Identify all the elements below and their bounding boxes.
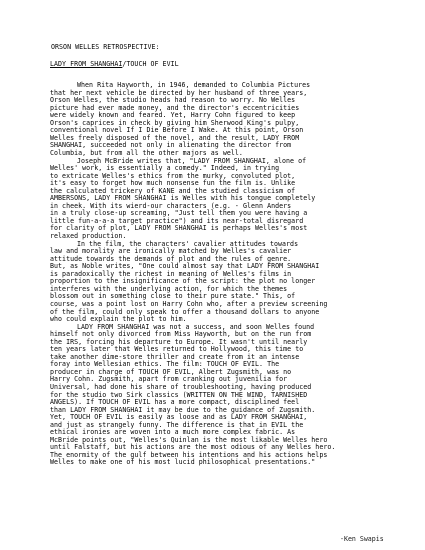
document-body: When Rita Hayworth, in 1946, demanded to… [50,82,418,467]
document-title: LADY FROM SHANGHAI/TOUCH OF EVIL [50,61,418,69]
title-rest: /TOUCH OF EVIL [122,60,178,68]
document-header: ORSON WELLES RETROSPECTIVE: [51,44,418,52]
title-underlined: LADY FROM SHANGHAI [50,60,122,68]
signature: -Ken Swapis [340,535,384,543]
document-page: ORSON WELLES RETROSPECTIVE: LADY FROM SH… [50,44,418,467]
body-line: Welles to make one of his most lucid phi… [50,459,418,467]
